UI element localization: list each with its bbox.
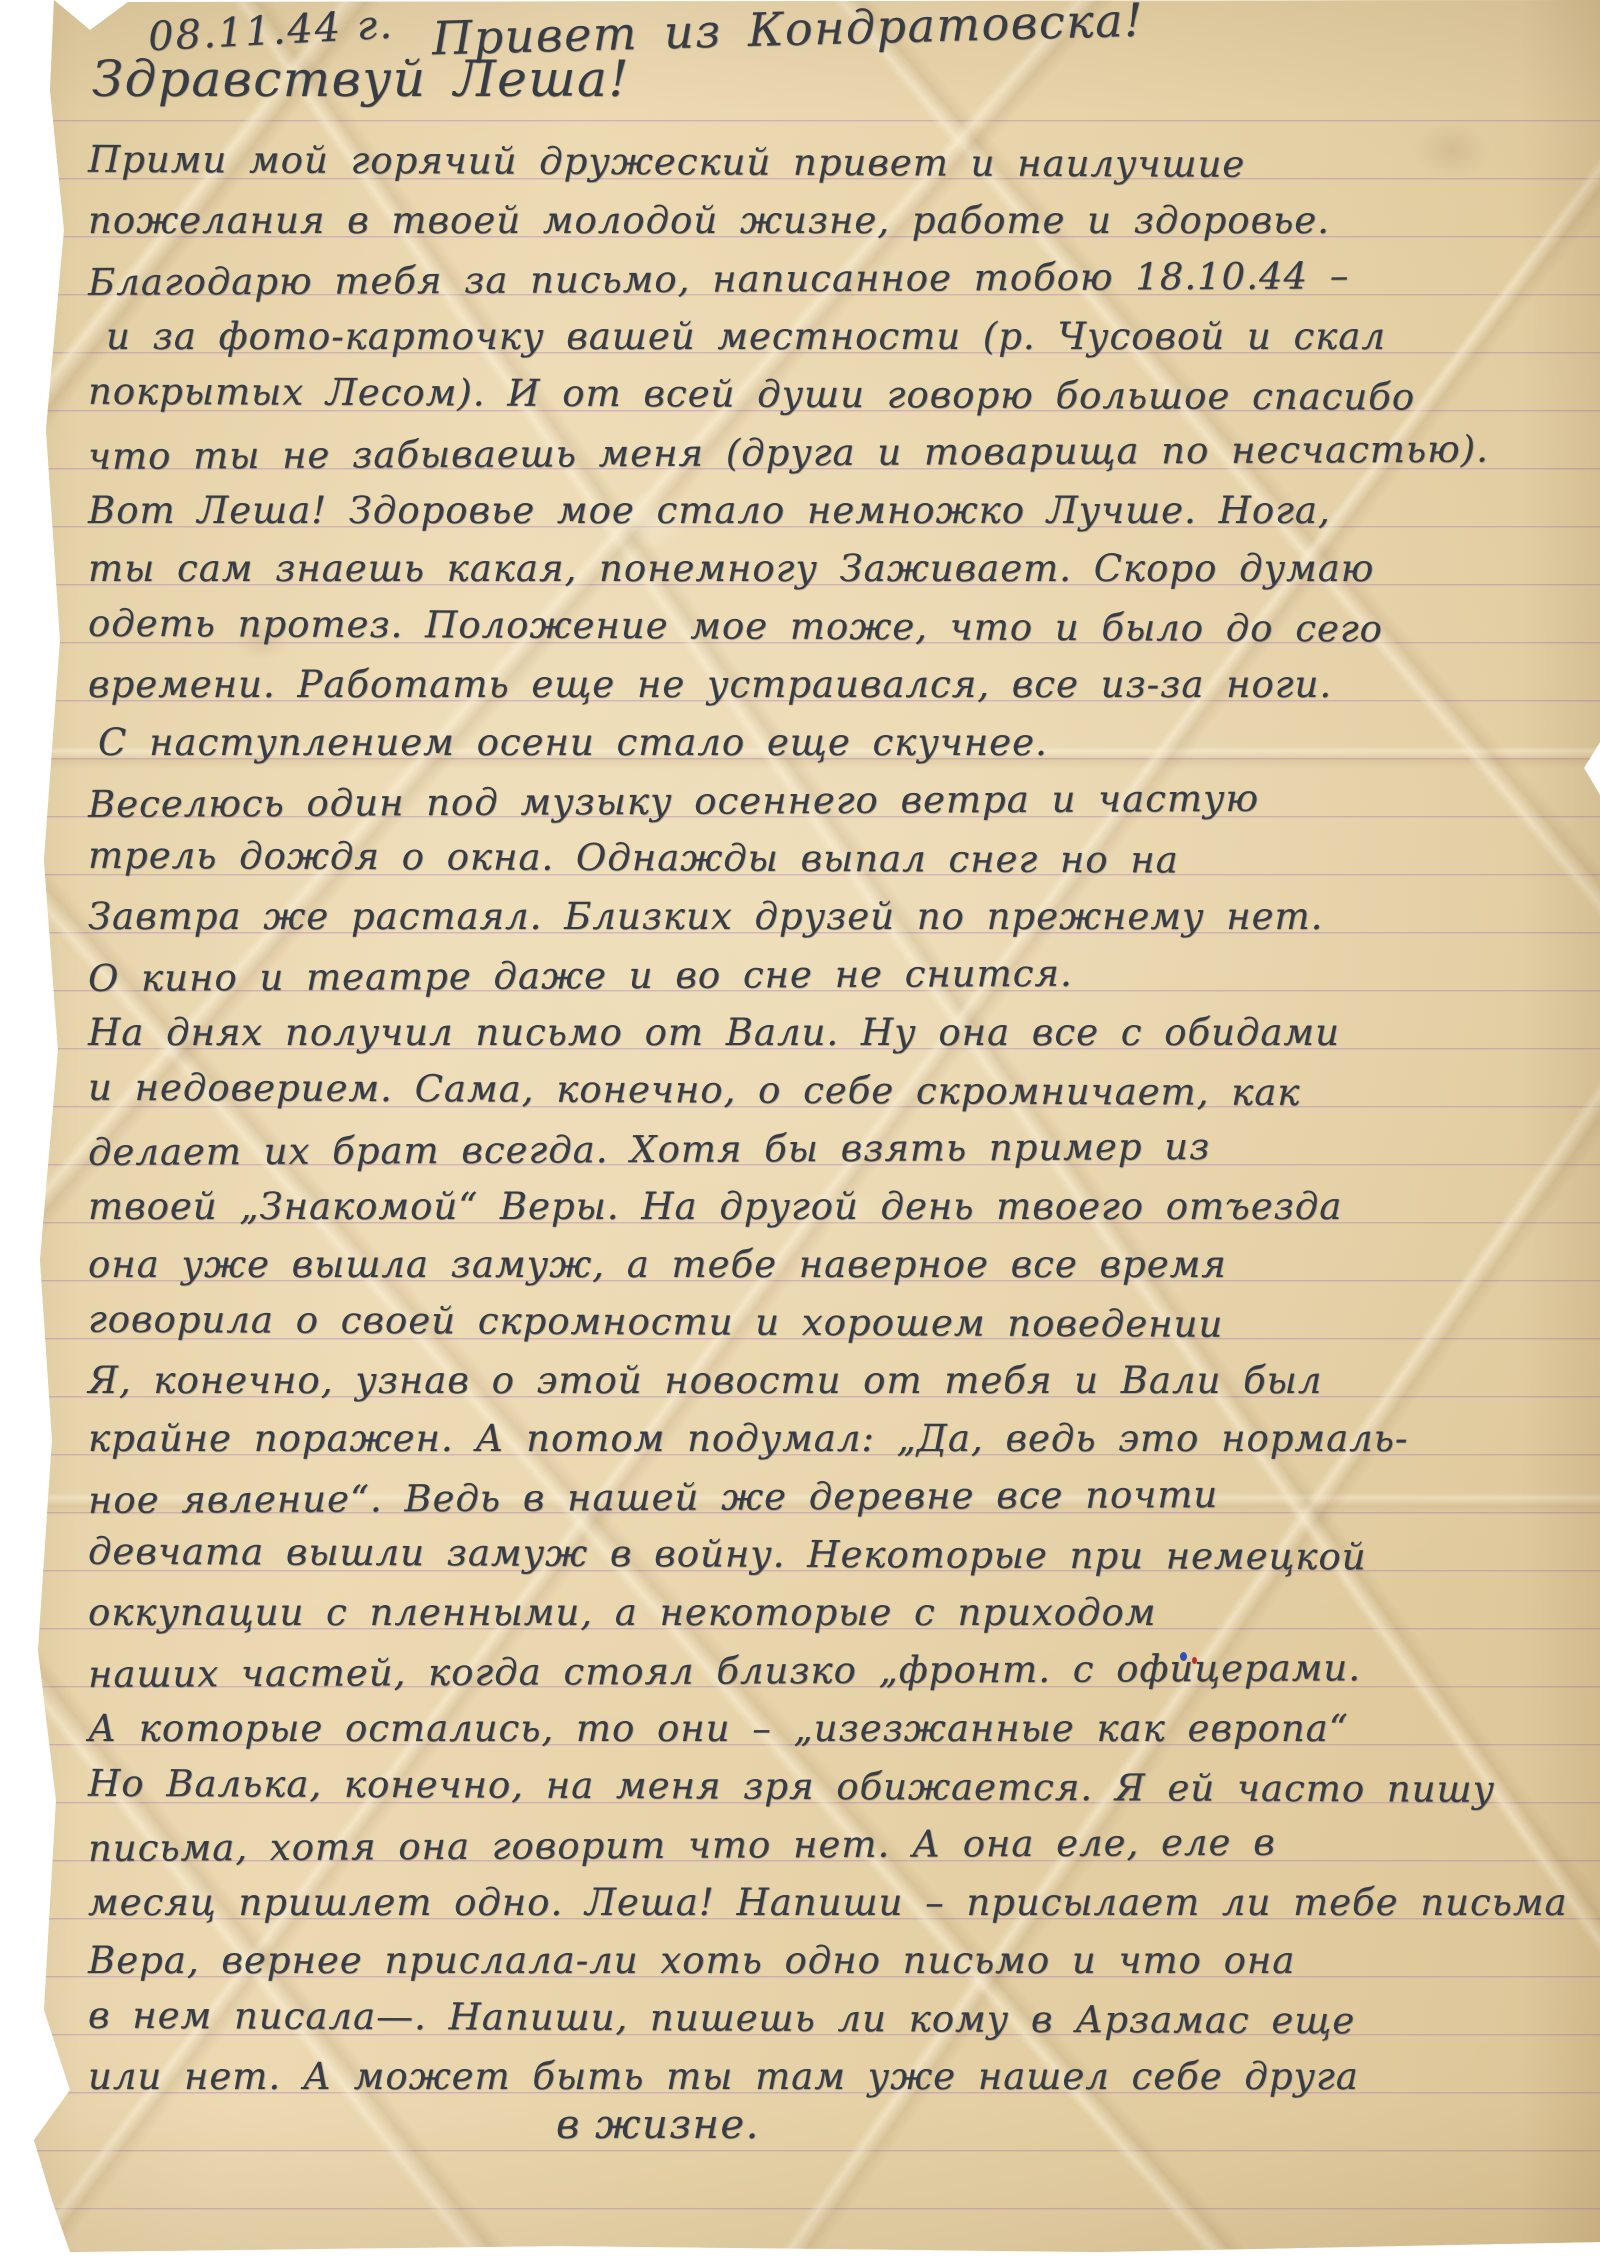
letter-line: Прими мой горячий дружеский привет и наи… — [88, 131, 1584, 196]
letter-line: С наступлением осени стало еще скучнее. — [88, 714, 1584, 772]
letter-line: ное явление“. Ведь в нашей же деревне вс… — [88, 1464, 1584, 1530]
letter-line: крайне поражен. А потом подумал: „Да, ве… — [88, 1410, 1584, 1468]
letter-line: Но Валька, конечно, на меня зря обижаетс… — [88, 1755, 1584, 1820]
letter-line: делает их брат всегда. Хотя бы взять при… — [88, 1116, 1584, 1182]
letter-line: На днях получил письмо от Вали. Ну она в… — [88, 1004, 1584, 1062]
letter-line: Я, конечно, узнав о этой новости от тебя… — [88, 1352, 1584, 1410]
letter-line: она уже вышла замуж, а тебе наверное все… — [88, 1236, 1584, 1294]
letter-line: Веселюсь один под музыку осеннего ветра … — [88, 768, 1584, 834]
letter-line: А которые остались, то они – „изезжанные… — [88, 1700, 1584, 1758]
letter-line: говорила о своей скромности и хорошем по… — [88, 1291, 1584, 1356]
letter-line: девчата вышли замуж в войну. Некоторые п… — [88, 1523, 1584, 1588]
letter-line: и недоверием. Сама, конечно, о себе скро… — [88, 1059, 1584, 1124]
letter-line: наших частей, когда стоял близко „фронт.… — [88, 1638, 1584, 1704]
letter-body: Прими мой горячий дружеский привет и наи… — [88, 134, 1584, 2106]
letter-line: Вера, вернее прислала-ли хоть одно письм… — [88, 1932, 1584, 1990]
letter-closing: в жизне. — [556, 2096, 760, 2154]
letter-line: Благодарю тебя за письмо, написанное тоб… — [88, 246, 1584, 312]
letter-line: одеть протез. Положение мое тоже, что и … — [88, 595, 1584, 660]
letter-line: ты сам знаешь какая, понемногу Заживает.… — [88, 540, 1584, 598]
letter-paper: 08.11.44 г. Привет из Кондратовска! Здра… — [0, 0, 1600, 2262]
letter-line: письма, хотя она говорит что нет. А она … — [88, 1812, 1584, 1878]
letter-line: О кино и театре даже и во сне не снится. — [88, 942, 1584, 1008]
letter-line: покрытых Лесом). И от всей души говорю б… — [88, 363, 1584, 428]
letter-line: или нет. А может быть ты там уже нашел с… — [88, 2048, 1584, 2106]
letter-line: трель дождя о окна. Однажды выпал снег н… — [88, 827, 1584, 892]
letter-line: месяц пришлет одно. Леша! Напиши – присы… — [88, 1874, 1584, 1932]
letter-line: оккупации с пленными, а некоторые с прих… — [88, 1584, 1584, 1642]
letter-line: Вот Леша! Здоровье мое стало немножко Лу… — [88, 482, 1584, 540]
letter-line: времени. Работать еще не устраивался, вс… — [88, 656, 1584, 714]
letter-line: Завтра же растаял. Близких друзей по пре… — [88, 888, 1584, 946]
letter-salutation: Здравствуй Леша! — [92, 50, 630, 108]
letter-line: в нем писала—. Напиши, пишешь ли кому в … — [88, 1987, 1584, 2052]
letter-line: и за фото-карточку вашей местности (р. Ч… — [88, 308, 1584, 366]
letter-line: твоей „Знакомой“ Веры. На другой день тв… — [88, 1178, 1584, 1236]
ink-speck — [1180, 1652, 1187, 1661]
letter-line: что ты не забываешь меня (друга и товари… — [88, 420, 1584, 486]
letter-line: пожелания в твоей молодой жизне, работе … — [88, 192, 1584, 250]
